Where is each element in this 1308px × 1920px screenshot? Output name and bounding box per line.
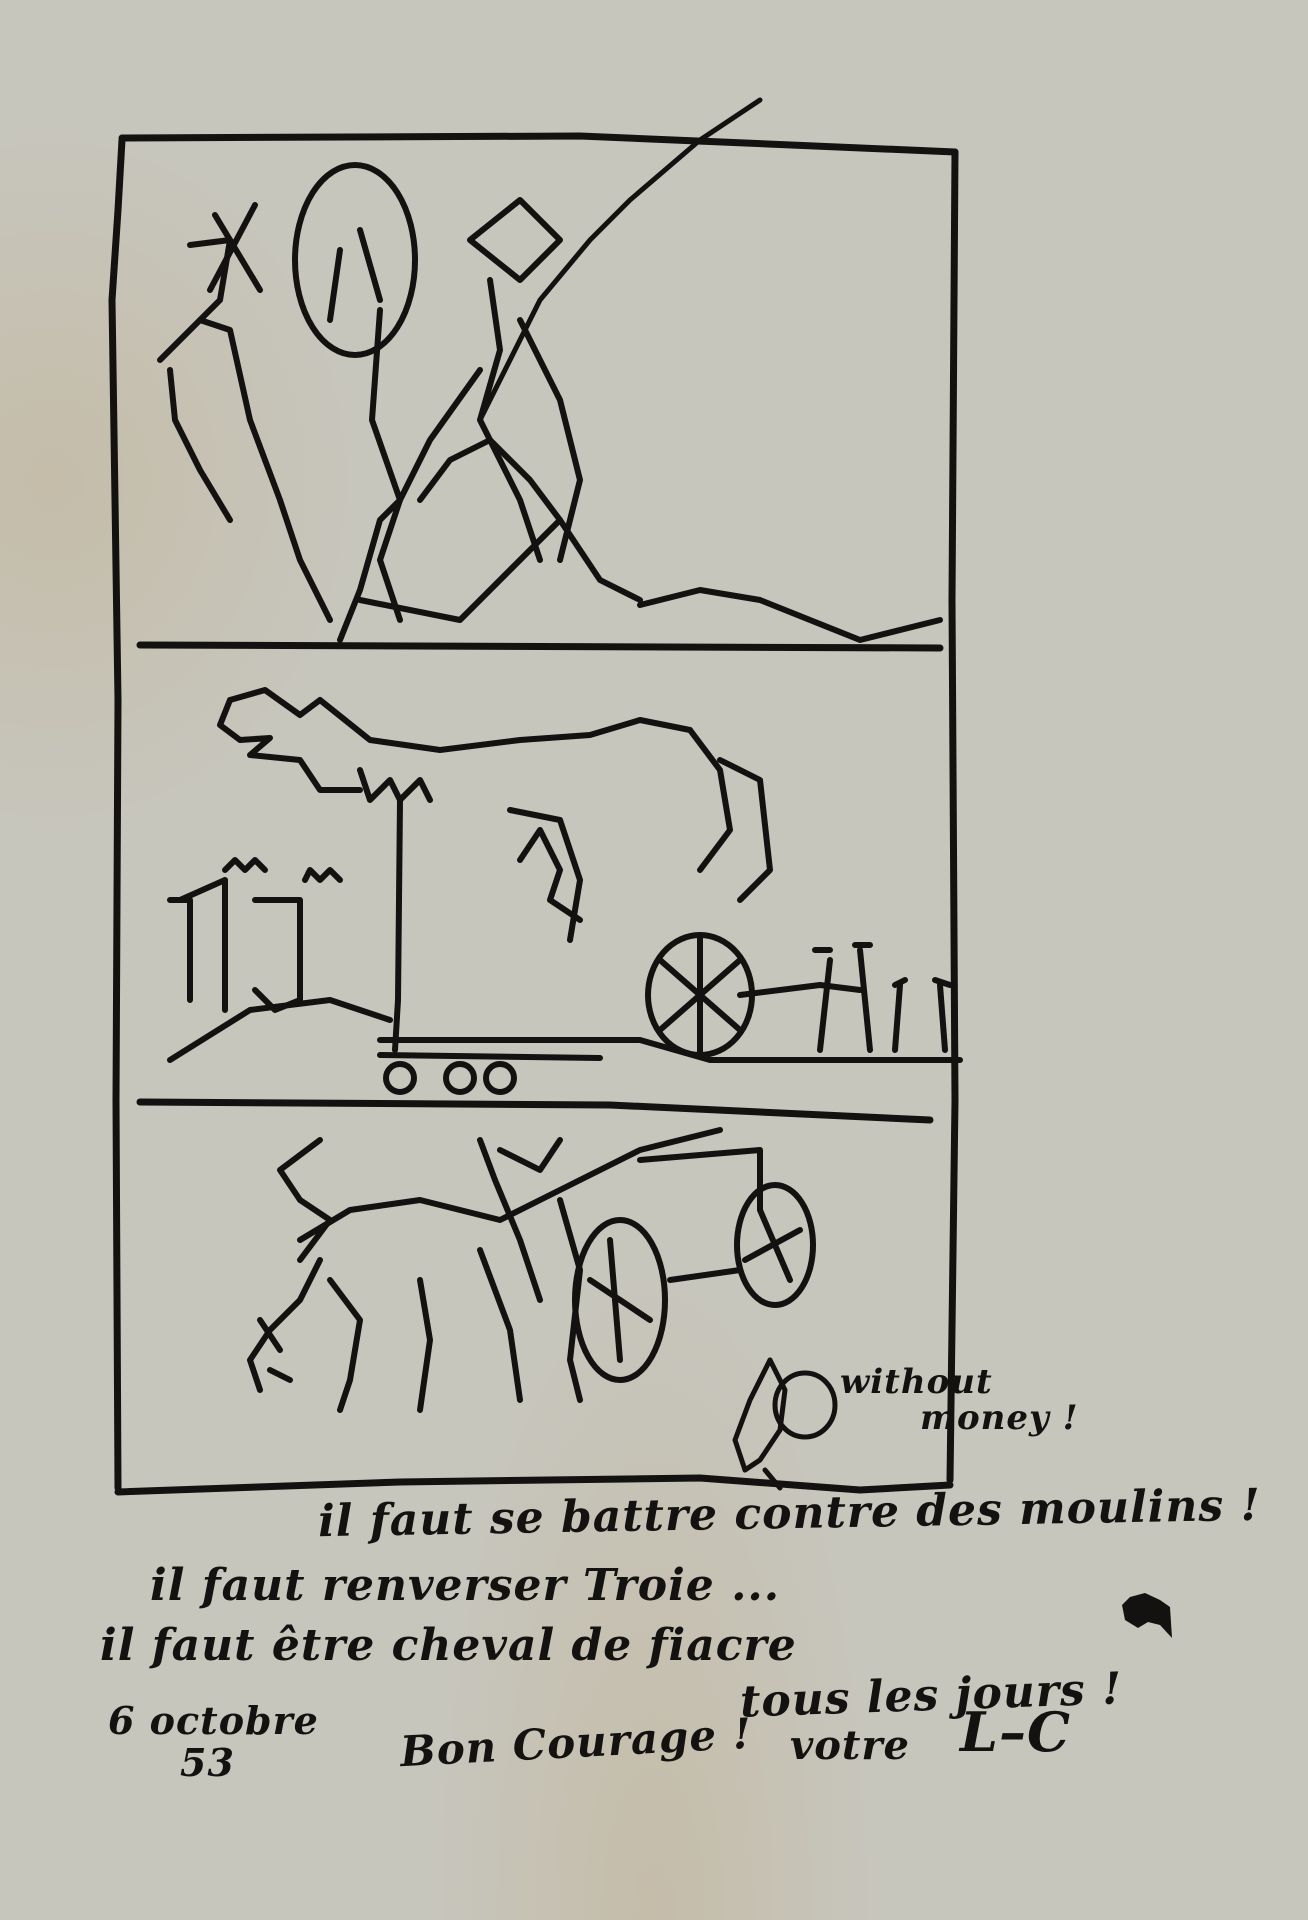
- cab-horse-panel: [250, 1130, 813, 1410]
- don-quixote-panel: [160, 100, 940, 640]
- ink-blot: [1122, 1593, 1172, 1638]
- date-day-month: 6 octobre: [108, 1698, 319, 1743]
- bird-with-coin: [735, 1360, 835, 1488]
- date-year: 53: [180, 1740, 235, 1785]
- signature: L–C: [960, 1700, 1071, 1764]
- trojan-horse-panel: [170, 690, 960, 1092]
- caption-line-3: il faut être cheval de fiacre: [100, 1620, 797, 1671]
- annotation-money: money !: [920, 1398, 1079, 1438]
- annotation-without: without: [840, 1362, 993, 1402]
- caption-line-2: il faut renverser Troie ...: [150, 1560, 780, 1611]
- closing-votre: votre: [790, 1722, 910, 1769]
